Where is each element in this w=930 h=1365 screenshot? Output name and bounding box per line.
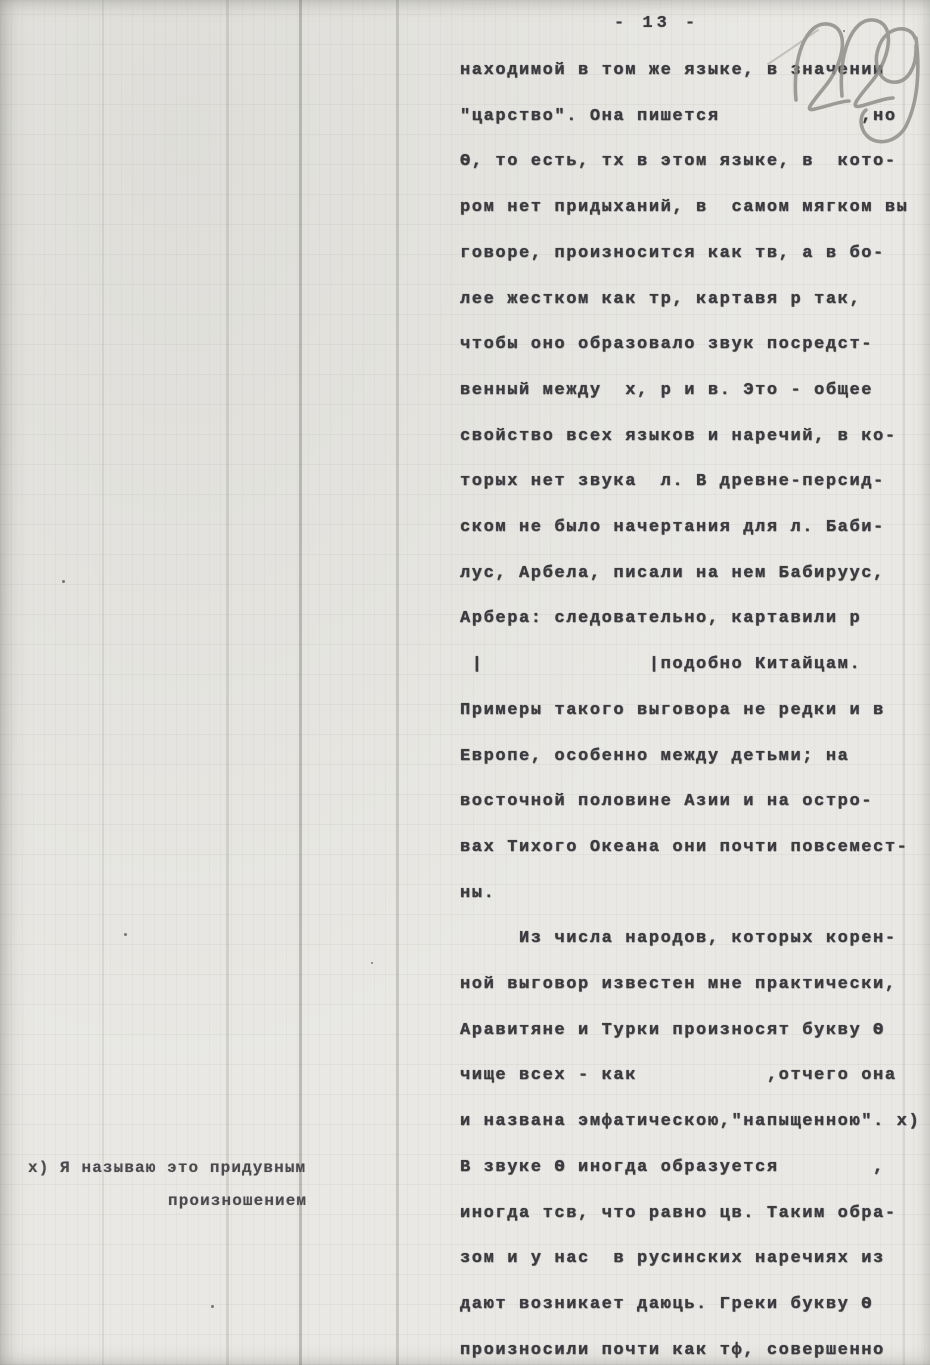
typed-line: Ѳ, то есть, тх в этом языке, в кото- [460,153,897,170]
typed-line: | |подобно Китайцам. [460,656,861,673]
typed-line: дают возникает даюць. Греки букву Ѳ [460,1296,873,1313]
typed-line: ны. [460,885,495,902]
typed-line: "царство". Она пишется ,но [460,108,897,125]
footnote-line-1: х) Я называю это придувным [28,1160,306,1176]
typed-line: Из числа народов, которых корен- [460,930,897,947]
typed-line: ной выговор известен мне практически, [460,976,897,993]
typed-line: произносили почти как тф, совершенно [460,1342,885,1359]
typed-line: торых нет звука л. В древне-персид- [460,473,885,490]
typed-line: находимой в том же языке, в значении [460,62,885,79]
typed-line: В звуке Ѳ иногда образуется , [460,1159,885,1176]
typed-line: чтобы оно образовало звук посредст- [460,336,873,353]
typed-line: свойство всех языков и наречий, в ко- [460,428,897,445]
page-number-header: - 13 - [614,14,699,33]
typed-line: говоре, произносится как тв, а в бо- [460,245,885,262]
typed-line: вах Тихого Океана они почти повсемест- [460,839,908,856]
typed-line: и названа эмфатическою,"напыщенною". х) [460,1113,920,1130]
typed-line: лус, Арбела, писали на нем Бабируус, [460,565,885,582]
footnote-line-2: произношением [168,1193,307,1209]
typed-line: венный между х, р и в. Это - общее [460,382,873,399]
paper-speck [371,962,373,964]
typed-line: чище всех - как ,отчего она [460,1067,897,1084]
typed-line: ром нет придыханий, в самом мягком вы [460,199,908,216]
paper-speck [843,30,845,32]
typed-line: Арбера: следовательно, картавили р [460,610,861,627]
typed-line: иногда тсв, что равно цв. Таким обра- [460,1205,897,1222]
typed-line: восточной половине Азии и на остро- [460,793,873,810]
typed-line: зом и у нас в русинских наречиях из [460,1250,885,1267]
paper-fold-line [396,0,399,1365]
paper-speck [124,933,127,936]
typed-line: Примеры такого выговора не редки и в [460,702,885,719]
typed-line: Аравитяне и Турки произносят букву Ѳ [460,1022,885,1039]
paper-speck [211,1305,214,1308]
paper-speck [62,580,65,583]
typed-line: ском не было начертания для л. Баби- [460,519,885,536]
typed-line: лее жестком как тр, картавя р так, [460,291,861,308]
typed-line: Европе, особенно между детьми; на [460,748,849,765]
